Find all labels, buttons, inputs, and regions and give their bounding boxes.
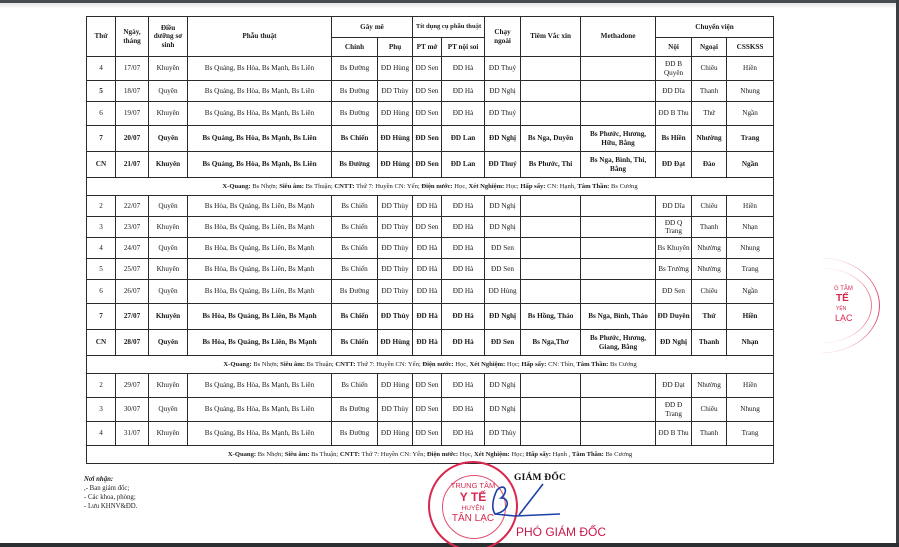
table-row: 323/07KhuyênBs Hòa, Bs Quảng, Bs Liên, B… xyxy=(87,217,774,238)
cell-gm-phu: ĐD Hùng xyxy=(378,152,413,178)
deputy-director-title: PHÓ GIÁM ĐỐC xyxy=(516,525,606,539)
cell-gm-phu: ĐD Hùng xyxy=(378,57,413,81)
cell-methadone xyxy=(581,57,656,81)
cell-methadone xyxy=(581,102,656,126)
cell-noi: ĐD Đạt xyxy=(656,374,692,398)
cell-gm-chinh: Bs Chiến xyxy=(332,374,378,398)
note-value: CN: Hạnh, xyxy=(546,183,578,190)
support-staff-note-row: X-Quang: Bs Nhợn; Siêu âm: Bs Thuận; CNT… xyxy=(87,446,774,464)
cell-csskss: Trang xyxy=(727,422,774,446)
cell-noi: ĐD B Thu xyxy=(656,102,692,126)
col-ngay-header: Ngày, tháng xyxy=(116,17,149,57)
col-dieu-duong-header: Điều dưỡng sơ sinh xyxy=(149,17,188,57)
cell-csskss: Hiền xyxy=(727,304,774,330)
recipient-item: - Lưu KHNV&ĐD. xyxy=(84,502,137,511)
cell-pt: Bs Hòa, Bs Quảng, Bs Liên, Bs Mạnh xyxy=(188,238,332,259)
cell-thu: 4 xyxy=(87,422,116,446)
cell-chay: ĐD Nghị xyxy=(485,304,521,330)
cell-csskss: Nhạn xyxy=(727,217,774,238)
cell-chay: ĐD Nghị xyxy=(485,217,521,238)
cell-methadone xyxy=(581,259,656,280)
cell-pt-mo: ĐD Hà xyxy=(413,304,442,330)
cell-pt-mo: ĐD Sen xyxy=(413,57,442,81)
cell-thu: 6 xyxy=(87,280,116,304)
cell-pt-mo: ĐD Sen xyxy=(413,422,442,446)
cell-thu: CN xyxy=(87,152,116,178)
stamp-line: YỆN xyxy=(836,306,846,312)
cell-gm-phu: ĐD Thùy xyxy=(378,304,413,330)
cell-gm-phu: ĐD Thùy xyxy=(378,196,413,217)
cell-gm-phu: ĐD Hùng xyxy=(378,330,413,356)
cell-pt: Bs Quảng, Bs Hòa, Bs Mạnh, Bs Liên xyxy=(188,81,332,102)
cell-pt-mo: ĐD Sen xyxy=(413,398,442,422)
cell-gm-phu: ĐD Thùy xyxy=(378,398,413,422)
header-row-1: Thứ Ngày, tháng Điều dưỡng sơ sinh Phẫu … xyxy=(87,17,774,38)
cell-csskss: Trang xyxy=(727,259,774,280)
cell-thu: 2 xyxy=(87,196,116,217)
cell-pt-ns: ĐD Hà xyxy=(442,196,485,217)
cell-pt-mo: ĐD Sen xyxy=(413,126,442,152)
cell-noi: ĐD Đạt xyxy=(656,152,692,178)
note-label: X-Quang: xyxy=(222,183,250,190)
cell-pt: Bs Hòa, Bs Quảng, Bs Liên, Bs Mạnh xyxy=(188,304,332,330)
cell-pt: Bs Quảng, Bs Hòa, Bs Mạnh, Bs Liên xyxy=(188,374,332,398)
cell-pt-ns: ĐD Hà xyxy=(442,280,485,304)
cell-thu: 4 xyxy=(87,238,116,259)
note-label: Điện nước: xyxy=(422,361,453,368)
cell-csskss: Ngần xyxy=(727,152,774,178)
cell-csskss: Nhạn xyxy=(727,330,774,356)
window-frame-shadow xyxy=(0,3,899,9)
cell-gm-chinh: Bs Chiến xyxy=(332,304,378,330)
cell-methadone: Bs Phước, Hương, Hữu, Bằng xyxy=(581,126,656,152)
note-label: Điện nước: xyxy=(421,183,452,190)
cell-noi: Bs Hiền xyxy=(656,126,692,152)
cell-ngay: 31/07 xyxy=(116,422,149,446)
cell-chay: ĐD Nghị xyxy=(485,374,521,398)
cell-gm-chinh: Bs Chiến xyxy=(332,196,378,217)
col-gm-phu-header: Phụ xyxy=(378,38,413,57)
cell-pt-ns: ĐD Hà xyxy=(442,398,485,422)
cell-vacxin xyxy=(521,422,581,446)
cell-vacxin xyxy=(521,374,581,398)
note-label: Xét Nghiệm: xyxy=(469,183,505,190)
cell-pt-ns: ĐD Hà xyxy=(442,238,485,259)
cell-vacxin: Bs Nga,Thơ xyxy=(521,330,581,356)
cell-vacxin: Bs Hồng, Thảo xyxy=(521,304,581,330)
cell-ngoai: Nhường xyxy=(692,126,727,152)
note-value: Bs Cương xyxy=(608,361,636,368)
cell-vacxin xyxy=(521,102,581,126)
table-row: 626/07QuyênBs Hòa, Bs Quảng, Bs Liên, Bs… xyxy=(87,280,774,304)
cell-ngoai: Chiêu xyxy=(692,57,727,81)
cell-ngay: 18/07 xyxy=(116,81,149,102)
cell-gm-chinh: Bs Đường xyxy=(332,280,378,304)
note-label: CNTT: xyxy=(334,183,354,190)
col-vac-xin-header: Tiêm Vắc xin xyxy=(521,17,581,57)
cell-pt-mo: ĐD Sen xyxy=(413,81,442,102)
cell-ngay: 25/07 xyxy=(116,259,149,280)
note-label: Siêu âm: xyxy=(279,183,304,190)
note-value: Học, xyxy=(458,451,474,458)
cell-gm-phu: ĐD Hùng xyxy=(378,374,413,398)
note-value: Bs Cương xyxy=(604,451,632,458)
note-label: CNTT: xyxy=(340,451,360,458)
cell-methadone xyxy=(581,238,656,259)
cell-pt-mo: ĐD Sen xyxy=(413,217,442,238)
cell-chay: ĐD Nghị xyxy=(485,126,521,152)
cell-pt: Bs Quảng, Bs Hòa, Bs Mạnh, Bs Liên xyxy=(188,422,332,446)
cell-pt: Bs Quảng, Bs Hòa, Bs Mạnh, Bs Liên xyxy=(188,102,332,126)
cell-ngoai: Thứ xyxy=(692,102,727,126)
cell-methadone xyxy=(581,374,656,398)
cell-pt: Bs Quảng, Bs Hòa, Bs Mạnh, Bs Liên xyxy=(188,126,332,152)
note-label: Xét Nghiệm: xyxy=(470,361,506,368)
cell-chay: ĐD Thùy xyxy=(485,422,521,446)
cell-pt-ns: ĐD Hà xyxy=(442,217,485,238)
cell-csskss: Ngần xyxy=(727,102,774,126)
note-label: Xét Nghiệm: xyxy=(474,451,510,458)
note-label: Hấp sấy: xyxy=(526,451,551,458)
col-chuyen-vien-header: Chuyển viện xyxy=(656,17,774,38)
cell-ngoai: Thanh xyxy=(692,422,727,446)
cell-pt-ns: ĐD Hà xyxy=(442,259,485,280)
cell-pt-mo: ĐD Hà xyxy=(413,280,442,304)
cell-noi: ĐD B Thu xyxy=(656,422,692,446)
cell-ngay: 24/07 xyxy=(116,238,149,259)
cell-ngoai: Chiêu xyxy=(692,280,727,304)
col-chay-ngoai-header: Chạy ngoài xyxy=(485,17,521,57)
cell-vacxin xyxy=(521,280,581,304)
note-label: Siêu âm: xyxy=(280,361,305,368)
cell-gm-phu: ĐD Thùy xyxy=(378,81,413,102)
note-value: Bs Nhợn; xyxy=(256,451,285,458)
note-label: Siêu âm: xyxy=(285,451,310,458)
cell-vacxin xyxy=(521,238,581,259)
note-value: Học; xyxy=(510,451,526,458)
cell-thu: 3 xyxy=(87,398,116,422)
cell-dd: Quyên xyxy=(149,280,188,304)
cell-gm-chinh: Bs Chiến xyxy=(332,330,378,356)
cell-chay: ĐD Sen xyxy=(485,238,521,259)
cell-methadone: Bs Nga, Bình, Thi, Bằng xyxy=(581,152,656,178)
cell-gm-chinh: Bs Đường xyxy=(332,398,378,422)
cell-thu: 5 xyxy=(87,81,116,102)
col-methadone-header: Methadone xyxy=(581,17,656,57)
note-label: Hấp sấy: xyxy=(520,183,545,190)
cell-pt-ns: ĐD Hà xyxy=(442,102,485,126)
cell-dd: Khuyên xyxy=(149,57,188,81)
note-value: Học; xyxy=(505,361,521,368)
note-label: X-Quang: xyxy=(223,361,251,368)
cell-gm-chinh: Bs Chiến xyxy=(332,217,378,238)
note-value: CN: Thìn, xyxy=(546,361,576,368)
cell-ngoai: Chiêu xyxy=(692,398,727,422)
cell-methadone: Bs Nga, Bình, Thảo xyxy=(581,304,656,330)
cell-noi: ĐD Sen xyxy=(656,280,692,304)
cell-vacxin xyxy=(521,398,581,422)
note-value: Bs Thuận; xyxy=(305,361,335,368)
cell-noi: Bs Trường xyxy=(656,259,692,280)
cell-gm-chinh: Bs Chiến xyxy=(332,259,378,280)
table-row: 222/07QuyênBs Hòa, Bs Quảng, Bs Liên, Bs… xyxy=(87,196,774,217)
note-value: Thứ 7: Huyền CN: Yến; xyxy=(355,361,422,368)
cell-gm-chinh: Bs Đường xyxy=(332,422,378,446)
cell-ngay: 28/07 xyxy=(116,330,149,356)
table-row: 424/07QuyênBs Hòa, Bs Quảng, Bs Liên, Bs… xyxy=(87,238,774,259)
cell-dd: Quyên xyxy=(149,398,188,422)
cell-gm-phu: ĐD Hùng xyxy=(378,126,413,152)
cell-ngoai: Thanh xyxy=(692,81,727,102)
cell-ngoai: Nhường xyxy=(692,259,727,280)
cell-dd: Khuyên xyxy=(149,217,188,238)
cell-pt-ns: ĐD Lan xyxy=(442,152,485,178)
cell-pt-mo: ĐD Hà xyxy=(413,196,442,217)
cell-ngoai: Nhường xyxy=(692,238,727,259)
cell-csskss: Nhung xyxy=(727,238,774,259)
cell-dd: Khuyên xyxy=(149,152,188,178)
cell-dd: Khuyên xyxy=(149,259,188,280)
cell-gm-chinh: Bs Chiến xyxy=(332,126,378,152)
cell-csskss: Hiền xyxy=(727,374,774,398)
cell-ngoai: Thứ xyxy=(692,304,727,330)
cell-ngay: 19/07 xyxy=(116,102,149,126)
cell-chay: ĐD Thuý xyxy=(485,102,521,126)
cell-noi: ĐD Nghị xyxy=(656,330,692,356)
cell-methadone xyxy=(581,217,656,238)
cell-gm-chinh: Bs Chiến xyxy=(332,238,378,259)
cell-pt-ns: ĐD Hà xyxy=(442,57,485,81)
note-value: Thứ 7: Huyền CN: Yến; xyxy=(360,451,427,458)
support-staff-note-row: X-Quang: Bs Nhợn; Siêu âm: Bs Thuận; CNT… xyxy=(87,178,774,196)
cell-pt-mo: ĐD Hà xyxy=(413,330,442,356)
cell-vacxin xyxy=(521,81,581,102)
col-phau-thuat-header: Phẫu thuật xyxy=(188,17,332,57)
cell-gm-phu: ĐD Thùy xyxy=(378,217,413,238)
note-value: Học; xyxy=(504,183,520,190)
cell-gm-chinh: Bs Đường xyxy=(332,152,378,178)
cell-csskss: Ngần xyxy=(727,280,774,304)
cell-thu: 3 xyxy=(87,217,116,238)
table-row: 525/07KhuyênBs Hòa, Bs Quảng, Bs Liên, B… xyxy=(87,259,774,280)
cell-noi: ĐD Dĩa xyxy=(656,81,692,102)
cell-pt-ns: ĐD Hà xyxy=(442,330,485,356)
schedule-body: 417/07KhuyênBs Quảng, Bs Hòa, Bs Mạnh, B… xyxy=(87,57,774,464)
cell-methadone xyxy=(581,81,656,102)
table-row: 330/07QuyênBs Quảng, Bs Hòa, Bs Mạnh, Bs… xyxy=(87,398,774,422)
cell-pt: Bs Hòa, Bs Quảng, Bs Liên, Bs Mạnh xyxy=(188,330,332,356)
cell-vacxin: Bs Nga, Duyên xyxy=(521,126,581,152)
note-value: Hạnh , xyxy=(551,451,572,458)
cell-chay: ĐD Nghị xyxy=(485,398,521,422)
cell-methadone: Bs Phước, Hương, Giang, Bằng xyxy=(581,330,656,356)
cell-vacxin xyxy=(521,217,581,238)
table-row: 720/07QuyênBs Quảng, Bs Hòa, Bs Mạnh, Bs… xyxy=(87,126,774,152)
cell-chay: ĐD Hùng xyxy=(485,280,521,304)
cell-methadone xyxy=(581,422,656,446)
cell-pt-ns: ĐD Hà xyxy=(442,81,485,102)
cell-chay: ĐD Sen xyxy=(485,259,521,280)
cell-dd: Quyên xyxy=(149,238,188,259)
cell-ngay: 20/07 xyxy=(116,126,149,152)
cell-dd: Khuyên xyxy=(149,102,188,126)
cell-thu: 5 xyxy=(87,259,116,280)
duty-schedule-table: Thứ Ngày, tháng Điều dưỡng sơ sinh Phẫu … xyxy=(86,16,774,464)
recipient-item: ,- Ban giám đốc; xyxy=(84,484,137,493)
cell-noi: Bs Khuyên xyxy=(656,238,692,259)
cell-csskss: Hiền xyxy=(727,57,774,81)
cell-noi: ĐD Dĩa xyxy=(656,196,692,217)
note-value: Bs Thuận; xyxy=(304,183,334,190)
table-row: 229/07KhuyênBs Quảng, Bs Hòa, Bs Mạnh, B… xyxy=(87,374,774,398)
support-staff-note: X-Quang: Bs Nhợn; Siêu âm: Bs Thuận; CNT… xyxy=(87,356,774,374)
note-value: Học, xyxy=(454,361,470,368)
cell-methadone xyxy=(581,280,656,304)
cell-thu: CN xyxy=(87,330,116,356)
cell-gm-phu: ĐD Hùng xyxy=(378,102,413,126)
col-pt-mo-header: PT mở xyxy=(413,38,442,57)
cell-chay: ĐD Thuý xyxy=(485,57,521,81)
cell-pt-ns: ĐD Hà xyxy=(442,304,485,330)
cell-pt-mo: ĐD Hà xyxy=(413,238,442,259)
note-label: Điện nước: xyxy=(427,451,458,458)
cell-chay: ĐD Nghị xyxy=(485,81,521,102)
cell-csskss: Hiền xyxy=(727,196,774,217)
table-row: CN21/07KhuyênBs Quảng, Bs Hòa, Bs Mạnh, … xyxy=(87,152,774,178)
cell-vacxin xyxy=(521,57,581,81)
cell-pt-ns: ĐD Hà xyxy=(442,422,485,446)
cell-ngoai: Đào xyxy=(692,152,727,178)
cell-ngay: 29/07 xyxy=(116,374,149,398)
stamp-line: TẾ xyxy=(836,293,849,304)
cell-gm-phu: ĐD Thùy xyxy=(378,238,413,259)
col-thu-header: Thứ xyxy=(87,17,116,57)
cell-noi: ĐD Duyên xyxy=(656,304,692,330)
support-staff-note-row: X-Quang: Bs Nhợn; Siêu âm: Bs Thuận; CNT… xyxy=(87,356,774,374)
cell-pt-ns: ĐD Hà xyxy=(442,374,485,398)
cell-pt-mo: ĐD Hà xyxy=(413,259,442,280)
cell-pt-mo: ĐD Sen xyxy=(413,374,442,398)
cell-dd: Quyên xyxy=(149,81,188,102)
cell-dd: Quyên xyxy=(149,196,188,217)
cell-dd: Quyên xyxy=(149,330,188,356)
cell-pt: Bs Hòa, Bs Quảng, Bs Liên, Bs Mạnh xyxy=(188,280,332,304)
cell-csskss: Nhung xyxy=(727,81,774,102)
page-edge-stamp: G TÂM TẾ YỆN LẠC xyxy=(812,258,882,353)
table-row: 727/07KhuyênBs Hòa, Bs Quảng, Bs Liên, B… xyxy=(87,304,774,330)
cell-thu: 6 xyxy=(87,102,116,126)
cell-noi: ĐD Đ Trang xyxy=(656,398,692,422)
recipients-block: Nơi nhận: ,- Ban giám đốc; - Các khoa, p… xyxy=(84,475,137,511)
table-row: 431/07KhuyênBs Quảng, Bs Hòa, Bs Mạnh, B… xyxy=(87,422,774,446)
note-value: Học, xyxy=(453,183,469,190)
cell-pt-ns: ĐD Lan xyxy=(442,126,485,152)
stamp-line: LẠC xyxy=(835,313,853,323)
cell-ngay: 27/07 xyxy=(116,304,149,330)
note-value: Bs Thuận; xyxy=(309,451,339,458)
cell-gm-phu: ĐD Thùy xyxy=(378,280,413,304)
cell-thu: 2 xyxy=(87,374,116,398)
cell-chay: ĐD Sen xyxy=(485,330,521,356)
table-row: CN28/07QuyênBs Hòa, Bs Quảng, Bs Liên, B… xyxy=(87,330,774,356)
cell-chay: ĐD Thuý xyxy=(485,152,521,178)
cell-dd: Khuyên xyxy=(149,422,188,446)
cell-thu: 7 xyxy=(87,126,116,152)
cell-gm-chinh: Bs Đường xyxy=(332,81,378,102)
cell-noi: ĐD B Quyên xyxy=(656,57,692,81)
table-row: 417/07KhuyênBs Quảng, Bs Hòa, Bs Mạnh, B… xyxy=(87,57,774,81)
cell-pt: Bs Quảng, Bs Hòa, Bs Mạnh, Bs Liên xyxy=(188,398,332,422)
cell-thu: 7 xyxy=(87,304,116,330)
table-row: 518/07QuyênBs Quảng, Bs Hòa, Bs Mạnh, Bs… xyxy=(87,81,774,102)
cell-noi: ĐD Q Trang xyxy=(656,217,692,238)
cell-ngay: 23/07 xyxy=(116,217,149,238)
cell-thu: 4 xyxy=(87,57,116,81)
support-staff-note: X-Quang: Bs Nhợn; Siêu âm: Bs Thuận; CNT… xyxy=(87,446,774,464)
cell-ngay: 17/07 xyxy=(116,57,149,81)
note-value: Bs Nhợn; xyxy=(252,361,281,368)
cell-csskss: Nhung xyxy=(727,398,774,422)
cell-ngoai: Thanh xyxy=(692,217,727,238)
cell-methadone xyxy=(581,398,656,422)
cell-vacxin xyxy=(521,196,581,217)
cell-dd: Khuyên xyxy=(149,304,188,330)
cell-gm-phu: ĐD Hùng xyxy=(378,422,413,446)
cell-dd: Khuyên xyxy=(149,374,188,398)
cell-csskss: Trang xyxy=(727,126,774,152)
col-noi-header: Nội xyxy=(656,38,692,57)
cell-pt: Bs Quảng, Bs Hòa, Bs Mạnh, Bs Liên xyxy=(188,152,332,178)
cell-pt: Bs Quảng, Bs Hòa, Bs Mạnh, Bs Liên xyxy=(188,57,332,81)
cell-gm-chinh: Bs Đường xyxy=(332,102,378,126)
note-value: Bs Nhợn; xyxy=(251,183,280,190)
support-staff-note: X-Quang: Bs Nhợn; Siêu âm: Bs Thuận; CNT… xyxy=(87,178,774,196)
cell-pt: Bs Hòa, Bs Quảng, Bs Liên, Bs Mạnh xyxy=(188,217,332,238)
cell-vacxin xyxy=(521,259,581,280)
col-tit-dung-cu-header: Tít dụng cụ phẫu thuật xyxy=(413,17,485,38)
note-label: CNTT: xyxy=(335,361,355,368)
cell-pt: Bs Hòa, Bs Quảng, Bs Liên, Bs Mạnh xyxy=(188,259,332,280)
note-label: Tâm Thần: xyxy=(572,451,604,458)
cell-vacxin: Bs Phước, Thi xyxy=(521,152,581,178)
col-gm-chinh-header: Chính xyxy=(332,38,378,57)
cell-dd: Quyên xyxy=(149,126,188,152)
cell-gm-chinh: Bs Đường xyxy=(332,57,378,81)
cell-gm-phu: ĐD Thùy xyxy=(378,259,413,280)
note-value: Thứ 7: Huyền CN: Yến; xyxy=(354,183,421,190)
cell-chay: ĐD Nghị xyxy=(485,196,521,217)
note-label: Tâm Thần: xyxy=(577,183,609,190)
recipients-title: Nơi nhận: xyxy=(84,475,137,484)
col-ngoai-header: Ngoại xyxy=(692,38,727,57)
cell-ngoai: Chiêu xyxy=(692,196,727,217)
cell-pt: Bs Hòa, Bs Quảng, Bs Liên, Bs Mạnh xyxy=(188,196,332,217)
cell-ngay: 26/07 xyxy=(116,280,149,304)
cell-ngay: 22/07 xyxy=(116,196,149,217)
cell-methadone xyxy=(581,196,656,217)
col-csskss-header: CSSKSS xyxy=(727,38,774,57)
note-label: Hấp sấy: xyxy=(521,361,546,368)
col-gay-me-header: Gây mê xyxy=(332,17,413,38)
cell-pt-mo: ĐD Sen xyxy=(413,152,442,178)
note-label: Tâm Thần: xyxy=(576,361,608,368)
cell-ngoai: Thanh xyxy=(692,330,727,356)
table-row: 619/07KhuyênBs Quảng, Bs Hòa, Bs Mạnh, B… xyxy=(87,102,774,126)
col-pt-noi-soi-header: PT nội soi xyxy=(442,38,485,57)
cell-pt-mo: ĐD Sen xyxy=(413,102,442,126)
cell-ngay: 21/07 xyxy=(116,152,149,178)
stamp-line: G TÂM xyxy=(834,286,853,292)
